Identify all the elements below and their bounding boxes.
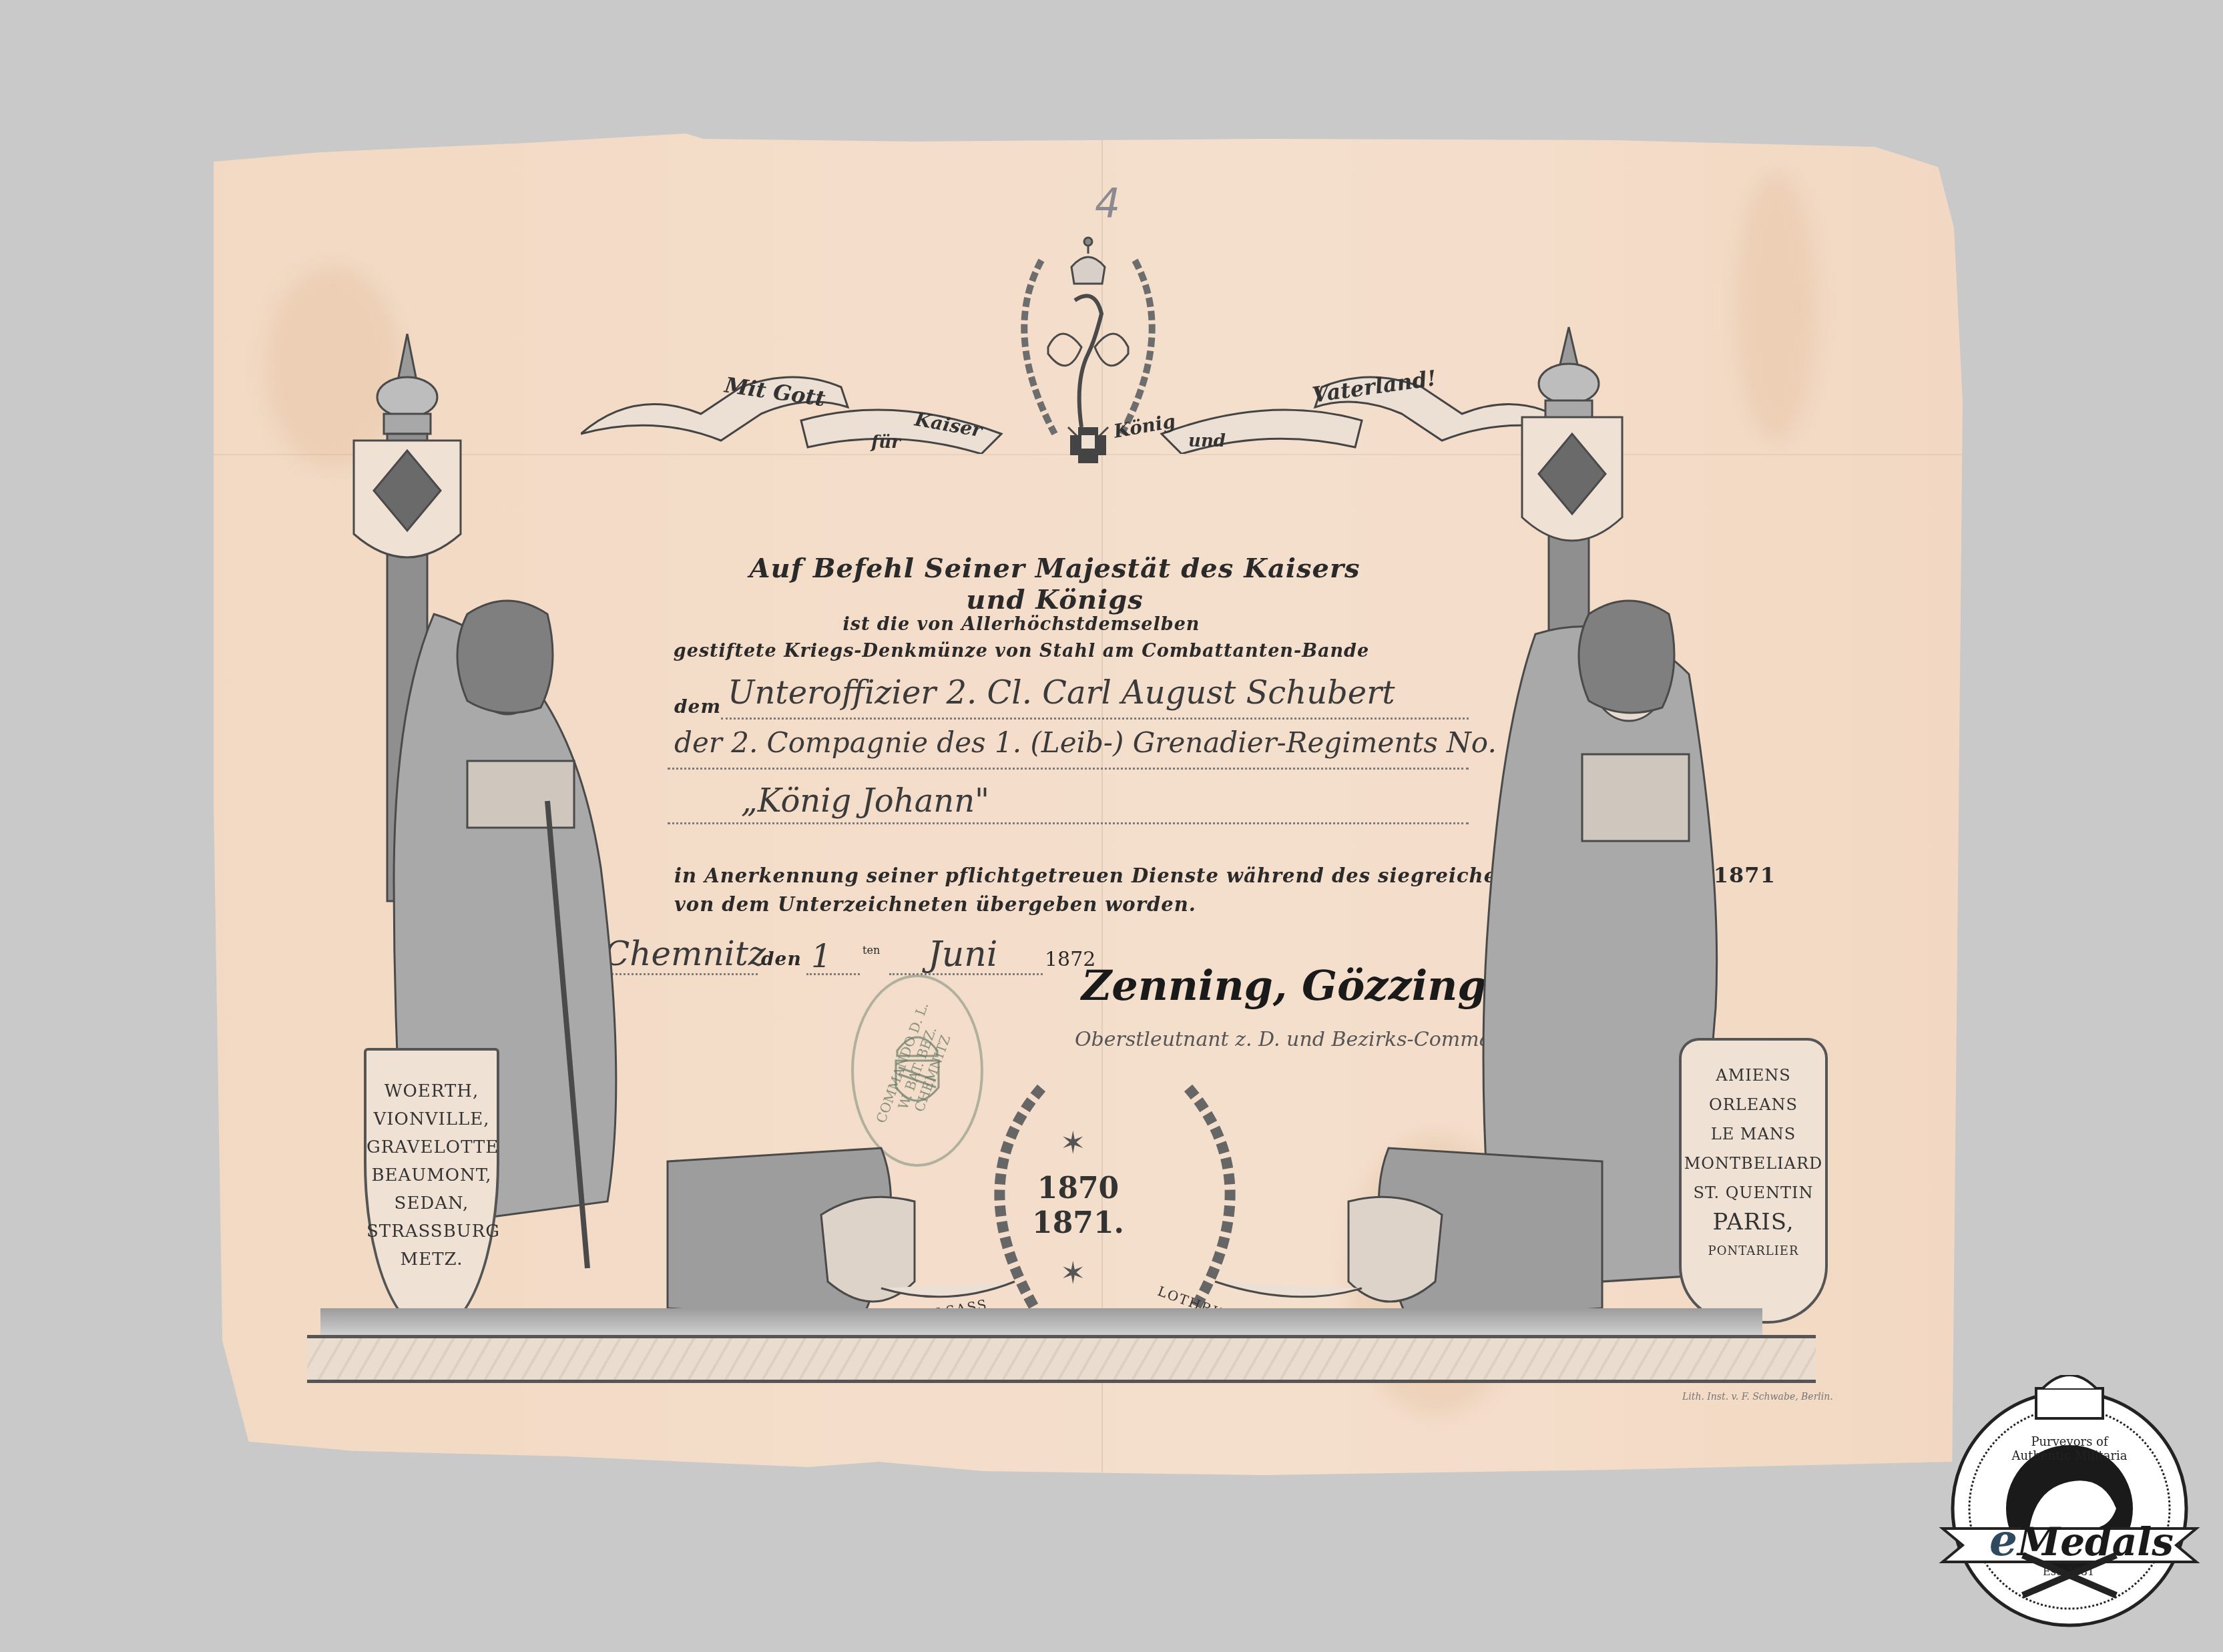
motto-und: und [1188, 431, 1226, 451]
recipient-unit-line [668, 768, 1469, 770]
battle-name: WOERTH, [366, 1077, 497, 1105]
motto-fur: für [871, 433, 901, 453]
battle-name: MONTBELIARD [1682, 1149, 1825, 1178]
battle-name: BEAUMONT, [366, 1161, 497, 1189]
certificate-title: Auf Befehl Seiner Majestät des Kaisers u… [721, 553, 1389, 615]
left-shield-battles: WOERTH, VIONVILLE, GRAVELOTTE BEAUMONT, … [366, 1077, 497, 1274]
emedals-wordmark: eMedals [1989, 1514, 2174, 1566]
pedestal-top [320, 1308, 1762, 1335]
recipient-name: Unteroffizier 2. Cl. Carl August Schuber… [728, 674, 1395, 712]
year-1871: 1871. [1028, 1206, 1128, 1241]
month: Juni [928, 934, 997, 975]
battle-name: SEDAN, [366, 1189, 497, 1217]
line-medal: gestiftete Kriegs-Denkmünze von Stahl am… [668, 641, 1375, 661]
signature: Zenning, Gözzinger [1081, 961, 1535, 1010]
day-line [806, 973, 860, 975]
den-label: den [761, 948, 802, 970]
recipient-name-line [721, 718, 1469, 720]
recipient-unit: der 2. Compagnie des 1. (Leib-) Grenadie… [674, 726, 1559, 759]
center-years: 1870 1871. [1028, 1171, 1128, 1241]
recipient-label: dem [674, 696, 721, 718]
pedestal-base [307, 1335, 1816, 1383]
right-shield-battles: AMIENS ORLEANS LE MANS MONTBELIARD ST. Q… [1682, 1061, 1825, 1266]
flags-and-wreath-icon [601, 1068, 1669, 1335]
star-icon: ✶ [1060, 1125, 1086, 1161]
emedals-tagline: Purveyors of Authentic Militaria [2003, 1435, 2136, 1463]
star-icon: ✶ [1060, 1255, 1086, 1291]
battle-name: ORLEANS [1682, 1090, 1825, 1119]
battle-name: GRAVELOTTE [366, 1133, 497, 1161]
emedals-badge-icon [1929, 1375, 2210, 1642]
pencil-mark: 4 [1095, 180, 1120, 227]
battle-name: LE MANS [1682, 1119, 1825, 1149]
emedals-logo: eMedals Purveyors of Authentic Militaria… [1929, 1375, 2210, 1642]
day: 1 [811, 938, 832, 975]
right-battle-shield: AMIENS ORLEANS LE MANS MONTBELIARD ST. Q… [1679, 1038, 1828, 1324]
battle-name: VIONVILLE, [366, 1105, 497, 1133]
battle-name: STRASSBURG [366, 1217, 497, 1246]
battle-name: METZ. [366, 1246, 497, 1274]
battle-name: PARIS, [1682, 1207, 1825, 1237]
brand-name: Medals [2017, 1519, 2174, 1565]
body-conferral: von dem Unterzeichneten übergeben worden… [674, 893, 1196, 916]
battle-name: ST. QUENTIN [1682, 1178, 1825, 1207]
emedals-established: Est. 1981 [2043, 1565, 2094, 1578]
brand-prefix: e [1989, 1514, 2017, 1566]
recipient-unit-name: „König Johann" [741, 782, 989, 820]
printer-credit: Lith. Inst. v. F. Schwabe, Berlin. [1682, 1392, 1833, 1402]
battle-name: AMIENS [1682, 1061, 1825, 1090]
recipient-unit-name-line [668, 822, 1469, 824]
day-suffix: ten [862, 944, 880, 956]
year-1870: 1870 [1028, 1171, 1128, 1206]
battle-name: PONTARLIER [1682, 1237, 1825, 1266]
line-intro: ist die von Allerhöchstdemselben [721, 614, 1322, 635]
